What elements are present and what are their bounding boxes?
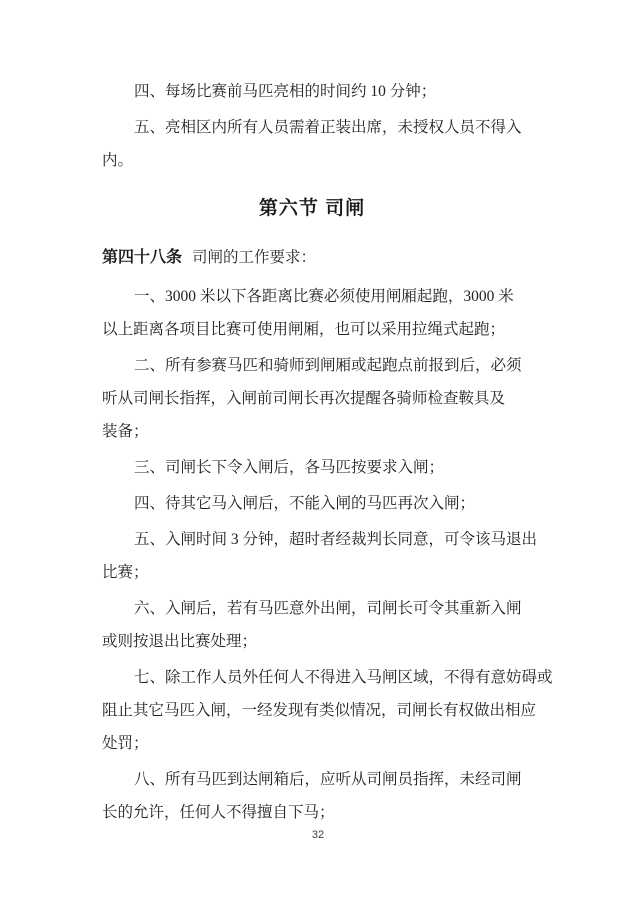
text-line: 五、亮相区内所有人员需着正装出席，未授权人员不得入 xyxy=(102,111,522,144)
text-line: 或则按退出比赛处理； xyxy=(102,625,522,658)
document-page: 四、每场比赛前马匹亮相的时间约 10 分钟； 五、亮相区内所有人员需着正装出席，… xyxy=(0,0,636,900)
text-line: 处罚； xyxy=(102,727,522,760)
rule-item-3: 三、司闸长下令入闸后，各马匹按要求入闸； xyxy=(102,451,522,484)
intro-item-4: 四、每场比赛前马匹亮相的时间约 10 分钟； xyxy=(102,75,522,108)
page-number: 32 xyxy=(0,829,636,841)
text-line: 长的允许，任何人不得擅自下马； xyxy=(102,796,522,829)
text-line: 四、待其它马入闸后，不能入闸的马匹再次入闸； xyxy=(102,487,522,520)
rule-item-7: 七、除工作人员外任何人不得进入马闸区域，不得有意妨碍或 阻止其它马匹入闸，一经发… xyxy=(102,661,522,760)
text-line: 二、所有参赛马匹和骑师到闸厢或起跑点前报到后，必须 xyxy=(102,349,522,382)
rule-item-5: 五、入闸时间 3 分钟，超时者经裁判长同意，可令该马退出 比赛； xyxy=(102,523,522,589)
text-line: 以上距离各项目比赛可使用闸厢，也可以采用拉绳式起跑； xyxy=(102,313,522,346)
text-line: 五、入闸时间 3 分钟，超时者经裁判长同意，可令该马退出 xyxy=(102,523,522,556)
text-line: 比赛； xyxy=(102,556,522,589)
article-title: 司闸的工作要求： xyxy=(192,249,316,266)
text-line: 内。 xyxy=(102,144,522,177)
text-line: 阻止其它马匹入闸，一经发现有类似情况，司闸长有权做出相应 xyxy=(102,694,522,727)
text-line: 七、除工作人员外任何人不得进入马闸区域，不得有意妨碍或 xyxy=(102,661,522,694)
text-line: 六、入闸后，若有马匹意外出闸，司闸长可令其重新入闸 xyxy=(102,592,522,625)
rule-item-2: 二、所有参赛马匹和骑师到闸厢或起跑点前报到后，必须 听从司闸长指挥，入闸前司闸长… xyxy=(102,349,522,448)
section-heading: 第六节 司闸 xyxy=(102,191,522,227)
text-line: 四、每场比赛前马匹亮相的时间约 10 分钟； xyxy=(102,75,522,108)
rule-item-6: 六、入闸后，若有马匹意外出闸，司闸长可令其重新入闸 或则按退出比赛处理； xyxy=(102,592,522,658)
text-line: 一、3000 米以下各距离比赛必须使用闸厢起跑，3000 米 xyxy=(102,280,522,313)
intro-item-5: 五、亮相区内所有人员需着正装出席，未授权人员不得入 内。 xyxy=(102,111,522,177)
rule-item-8: 八、所有马匹到达闸箱后，应听从司闸员指挥，未经司闸 长的允许，任何人不得擅自下马… xyxy=(102,763,522,829)
rule-item-1: 一、3000 米以下各距离比赛必须使用闸厢起跑，3000 米 以上距离各项目比赛… xyxy=(102,280,522,346)
article-line: 第四十八条司闸的工作要求： xyxy=(102,241,522,274)
text-line: 八、所有马匹到达闸箱后，应听从司闸员指挥，未经司闸 xyxy=(102,763,522,796)
article-paragraph: 第四十八条司闸的工作要求： xyxy=(102,241,522,274)
rule-item-4: 四、待其它马入闸后，不能入闸的马匹再次入闸； xyxy=(102,487,522,520)
text-line: 三、司闸长下令入闸后，各马匹按要求入闸； xyxy=(102,451,522,484)
article-number: 第四十八条 xyxy=(102,249,182,266)
text-line: 装备； xyxy=(102,415,522,448)
document-body: 四、每场比赛前马匹亮相的时间约 10 分钟； 五、亮相区内所有人员需着正装出席，… xyxy=(102,75,522,832)
text-line: 听从司闸长指挥，入闸前司闸长再次提醒各骑师检查鞍具及 xyxy=(102,382,522,415)
